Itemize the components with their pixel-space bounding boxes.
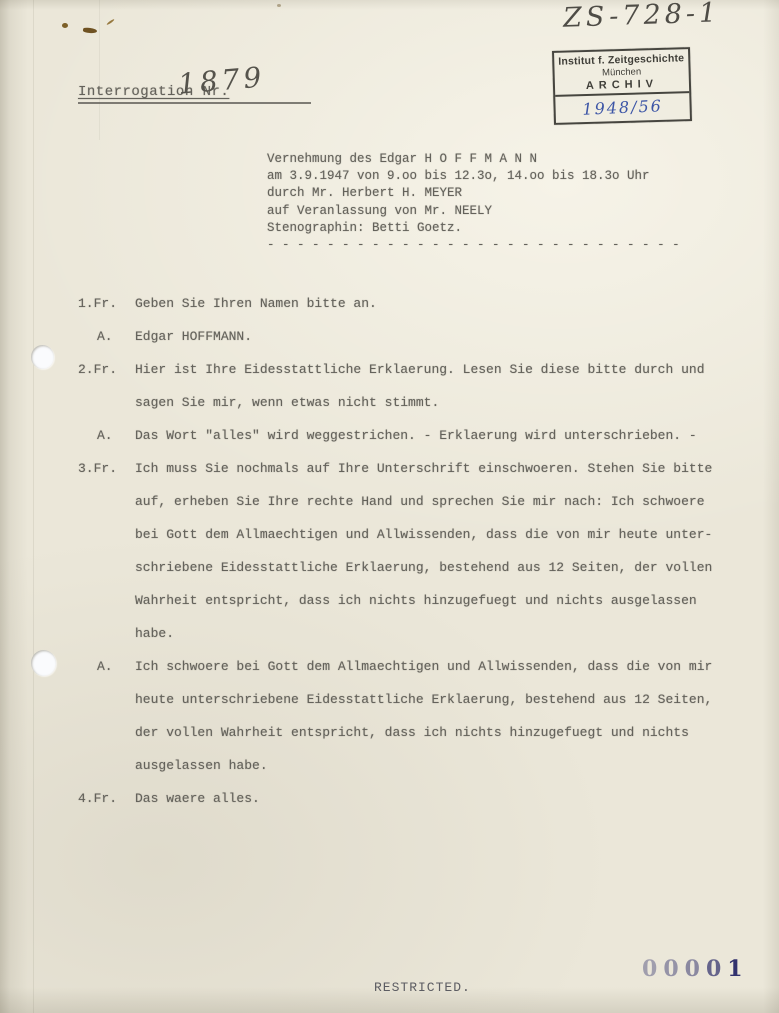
ink-speck: [277, 4, 281, 7]
qa-row: 2.Fr.Hier ist Ihre Eidesstattliche Erkla…: [78, 353, 741, 419]
qa-row: 1.Fr.Geben Sie Ihren Namen bitte an.: [78, 287, 741, 320]
question-label: 3.Fr.: [78, 452, 135, 485]
ink-speck: [62, 23, 68, 28]
answer-text: Ich schwoere bei Gott dem Allmaechtigen …: [135, 650, 741, 782]
header-line: - - - - - - - - - - - - - - - - - - - - …: [267, 237, 680, 254]
answer-text: Das Wort "alles" wird weggestrichen. - E…: [135, 419, 741, 452]
qa-row: 4.Fr.Das waere alles.: [78, 782, 741, 815]
page-stamp-digit: 1: [727, 956, 748, 982]
session-header: Vernehmung des Edgar H O F F M A N Nam 3…: [267, 151, 680, 254]
archive-stamp-header: Institut f. Zeitgeschichte München ARCHI…: [554, 49, 689, 97]
page-stamp-digit: 0: [685, 956, 706, 982]
interrogation-number-handwriting: 1879: [177, 60, 267, 100]
archive-stamp: Institut f. Zeitgeschichte München ARCHI…: [552, 47, 692, 125]
question-text: Geben Sie Ihren Namen bitte an.: [135, 287, 741, 320]
header-line: durch Mr. Herbert H. MEYER: [267, 185, 680, 202]
punch-hole: [31, 345, 54, 369]
header-line: auf Veranlassung von Mr. NEELY: [267, 203, 680, 220]
interrogation-header: Interrogation Nr. 1879: [78, 80, 311, 104]
header-line: Vernehmung des Edgar H O F F M A N N: [267, 151, 680, 168]
qa-transcript: 1.Fr.Geben Sie Ihren Namen bitte an.A.Ed…: [78, 287, 741, 815]
qa-row: A.Ich schwoere bei Gott dem Allmaechtige…: [78, 650, 741, 782]
question-label: 2.Fr.: [78, 353, 135, 386]
ink-speck: [106, 19, 115, 26]
header-line: Stenographin: Betti Goetz.: [267, 220, 680, 237]
page-stamp-digit: 0: [642, 956, 663, 982]
qa-row: A.Das Wort "alles" wird weggestrichen. -…: [78, 419, 741, 452]
stamp-archiv-label: ARCHIV: [557, 77, 687, 93]
answer-label: A.: [78, 320, 135, 353]
question-text: Das waere alles.: [135, 782, 741, 815]
question-text: Ich muss Sie nochmals auf Ihre Unterschr…: [135, 452, 741, 650]
qa-row: 3.Fr.Ich muss Sie nochmals auf Ihre Unte…: [78, 452, 741, 650]
punch-hole: [31, 650, 56, 676]
classification-marking: RESTRICTED.: [374, 980, 471, 995]
question-text: Hier ist Ihre Eidesstattliche Erklaerung…: [135, 353, 741, 419]
header-line: am 3.9.1947 von 9.oo bis 12.3o, 14.oo bi…: [267, 168, 680, 185]
document-page: ZS-728-1 Institut f. Zeitgeschichte Münc…: [0, 0, 779, 1013]
paper-crease: [33, 0, 34, 1013]
archive-reference-handwriting: ZS-728-1: [563, 0, 721, 34]
answer-label: A.: [78, 650, 135, 683]
qa-row: A.Edgar HOFFMANN.: [78, 320, 741, 353]
answer-label: A.: [78, 419, 135, 452]
question-label: 1.Fr.: [78, 287, 135, 320]
question-label: 4.Fr.: [78, 782, 135, 815]
answer-text: Edgar HOFFMANN.: [135, 320, 741, 353]
page-stamp-digit: 0: [706, 956, 727, 982]
stamp-accession-number-handwriting: 1948/56: [555, 92, 690, 124]
ink-speck: [83, 27, 97, 33]
paper-crease: [99, 0, 100, 140]
page-number-stamp: 00001: [642, 956, 749, 982]
page-stamp-digit: 0: [663, 956, 684, 982]
